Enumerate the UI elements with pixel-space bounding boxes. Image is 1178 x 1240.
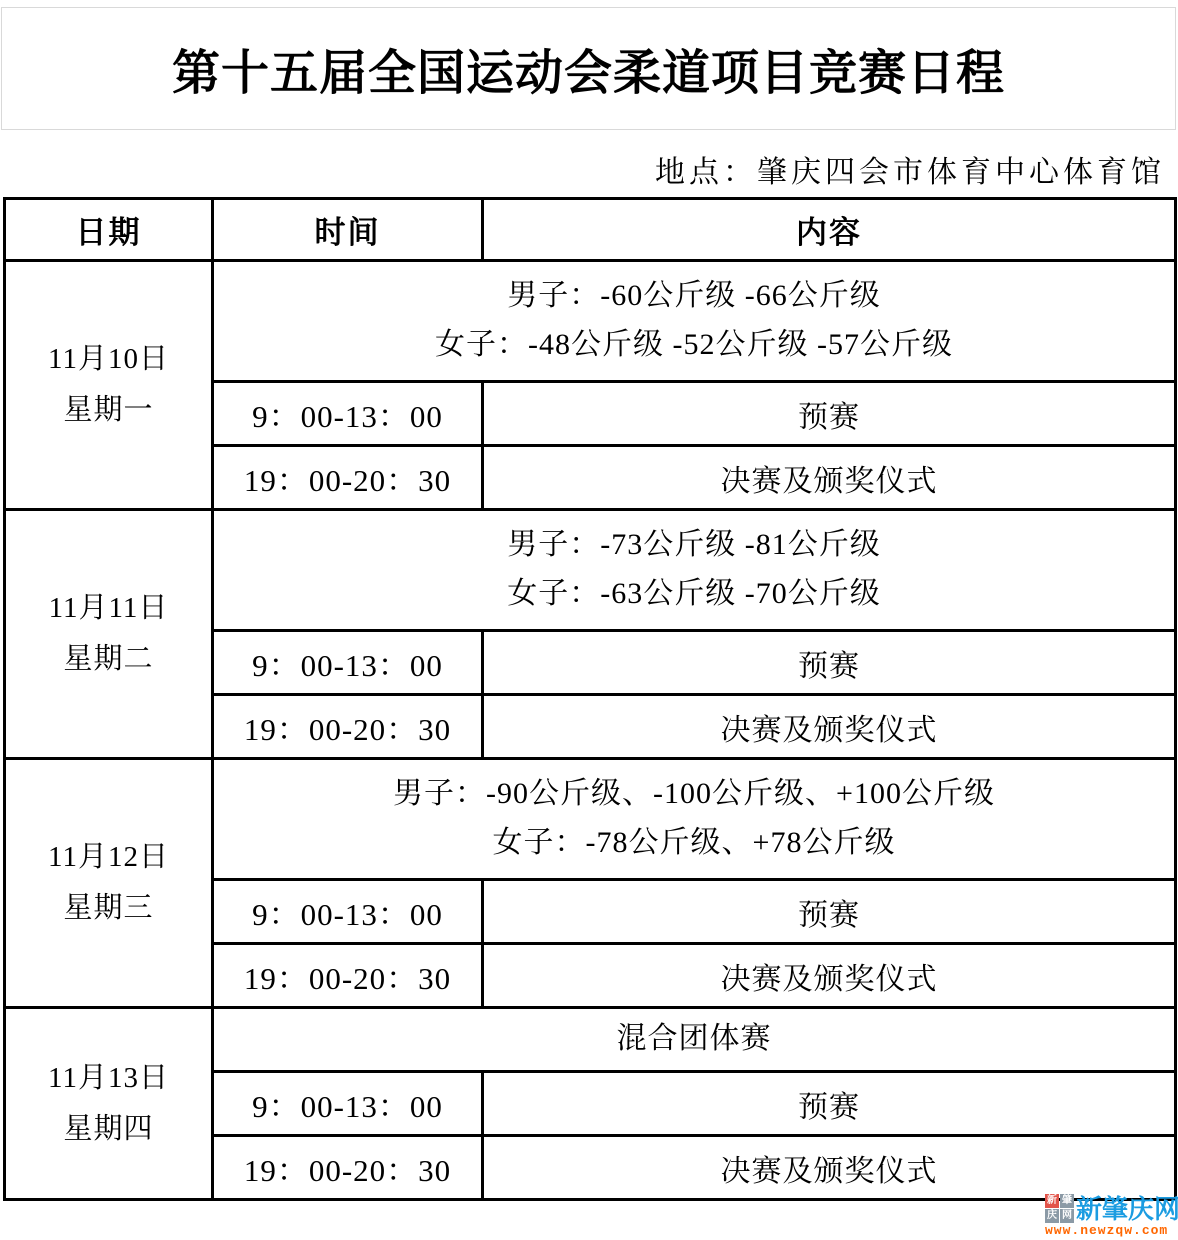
day1-session2-time: 19：00-20：30 [213,446,483,510]
day2-weekday: 星期二 [6,634,211,685]
day3-program-cell: 男子：-90公斤级、-100公斤级、+100公斤级 女子：-78公斤级、+78公… [213,759,1176,880]
day1-program-cell: 男子：-60公斤级 -66公斤级 女子：-48公斤级 -52公斤级 -57公斤级 [213,261,1176,382]
day1-session2-activity: 决赛及颁奖仪式 [483,446,1176,510]
day3-weekday: 星期三 [6,883,211,934]
logo-square-4: 网 [1060,1209,1074,1223]
day2-program-row: 11月11日 星期二 男子：-73公斤级 -81公斤级 女子：-63公斤级 -7… [5,510,1176,631]
day3-session2-time: 19：00-20：30 [213,944,483,1008]
day4-session2-activity: 决赛及颁奖仪式 [483,1136,1176,1200]
newzqw-logo-icon: 新 肇 庆 网 [1045,1194,1074,1223]
day2-program-cell: 男子：-73公斤级 -81公斤级 女子：-63公斤级 -70公斤级 [213,510,1176,631]
day4-date: 11月13日 [6,1053,211,1104]
day4-session1-time: 9：00-13：00 [213,1072,483,1136]
day3-session1-time: 9：00-13：00 [213,880,483,944]
title-box: 第十五届全国运动会柔道项目竞赛日程 [1,7,1176,130]
day1-date: 11月10日 [6,334,211,385]
day3-session2-activity: 决赛及颁奖仪式 [483,944,1176,1008]
day1-session1-time: 9：00-13：00 [213,382,483,446]
day1-weekday: 星期一 [6,385,211,436]
table-header-row: 日期 时间 内容 [5,199,1176,261]
day1-session1-activity: 预赛 [483,382,1176,446]
day3-program-men: 男子：-90公斤级、-100公斤级、+100公斤级 [214,770,1174,819]
day2-session1-time: 9：00-13：00 [213,631,483,695]
day4-weekday: 星期四 [6,1104,211,1155]
col-header-time: 时间 [213,199,483,261]
day4-session2-time: 19：00-20：30 [213,1136,483,1200]
day2-program-men: 男子：-73公斤级 -81公斤级 [214,521,1174,570]
day4-session1-activity: 预赛 [483,1072,1176,1136]
page-title: 第十五届全国运动会柔道项目竞赛日程 [172,34,1005,103]
day2-date-cell: 11月11日 星期二 [5,510,213,759]
day2-session1-activity: 预赛 [483,631,1176,695]
logo-square-3: 庆 [1045,1209,1059,1223]
day2-session2-activity: 决赛及颁奖仪式 [483,695,1176,759]
logo-square-1: 新 [1045,1194,1059,1208]
watermark-newzqw: 新 肇 庆 网 新肇庆网 www.newzqw.com [1045,1194,1176,1237]
day4-program-cell: 混合团体赛 [213,1008,1176,1072]
day3-date-cell: 11月12日 星期三 [5,759,213,1008]
schedule-table: 日期 时间 内容 11月10日 星期一 男子：-60公斤级 -66公斤级 女子：… [3,197,1177,1201]
day4-program-row: 11月13日 星期四 混合团体赛 [5,1008,1176,1072]
day1-program-men: 男子：-60公斤级 -66公斤级 [214,272,1174,321]
col-header-date: 日期 [5,199,213,261]
day3-session1-activity: 预赛 [483,880,1176,944]
day4-date-cell: 11月13日 星期四 [5,1008,213,1200]
day4-program: 混合团体赛 [214,1015,1174,1064]
day1-date-cell: 11月10日 星期一 [5,261,213,510]
day2-session2-time: 19：00-20：30 [213,695,483,759]
watermark-brand-text: 新肇庆网 [1076,1196,1178,1222]
day2-program-women: 女子：-63公斤级 -70公斤级 [214,570,1174,619]
col-header-content: 内容 [483,199,1176,261]
day3-date: 11月12日 [6,832,211,883]
logo-square-2: 肇 [1060,1194,1074,1208]
watermark-url-text: www.newzqw.com [1045,1224,1176,1237]
day3-program-row: 11月12日 星期三 男子：-90公斤级、-100公斤级、+100公斤级 女子：… [5,759,1176,880]
venue-line: 地点：肇庆四会市体育中心体育馆 [0,131,1178,197]
day1-program-row: 11月10日 星期一 男子：-60公斤级 -66公斤级 女子：-48公斤级 -5… [5,261,1176,382]
day1-program-women: 女子：-48公斤级 -52公斤级 -57公斤级 [214,321,1174,370]
day2-date: 11月11日 [6,583,211,634]
day3-program-women: 女子：-78公斤级、+78公斤级 [214,819,1174,868]
